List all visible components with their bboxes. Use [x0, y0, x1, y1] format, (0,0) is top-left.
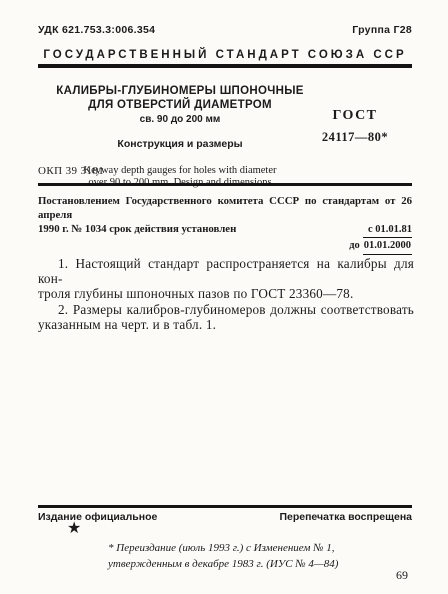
title-subtitle: Конструкция и размеры [48, 138, 312, 150]
valid-to: до01.01.2000 [349, 237, 412, 255]
paragraph-1-line-2: троля глубины шпоночных пазов по ГОСТ 23… [38, 286, 414, 301]
official-edition-label: Издание официальное [38, 511, 157, 523]
gost-designation-box: ГОСТ 24117—80* [293, 108, 417, 145]
title-ru-line2: ДЛЯ ОТВЕРСТИЙ ДИАМЕТРОМ [48, 98, 312, 112]
document-page: УДК 621.753.3:006.354 Группа Г28 ГОСУДАР… [0, 0, 448, 594]
okp-code: ОКП 39 3181 [38, 165, 104, 177]
decree-line1: Постановлением Государственного комитета… [38, 194, 412, 222]
udk-code: УДК 621.753.3:006.354 [38, 24, 155, 36]
paragraph-2-line-2: указанным на черт. и в табл. 1. [38, 317, 414, 332]
validity-dates: с 01.01.81 до01.01.2000 [349, 222, 412, 255]
footnote-line1: * Переиздание (июль 1993 г.) с Изменение… [108, 541, 364, 557]
star-icon: ★ [67, 521, 81, 537]
page-number: 69 [396, 568, 408, 583]
group-code: Группа Г28 [352, 24, 412, 36]
title-ru-line1: КАЛИБРЫ-ГЛУБИНОМЕРЫ ШПОНОЧНЫЕ [48, 84, 312, 98]
valid-to-prefix: до [349, 240, 360, 251]
gost-number: 24117—80* [293, 130, 417, 145]
header-divider-bar [38, 64, 412, 68]
section-divider-bar [38, 183, 412, 186]
footer-divider-bar [38, 505, 412, 508]
reissue-footnote: * Переиздание (июль 1993 г.) с Изменение… [108, 541, 364, 572]
valid-to-date: 01.01.2000 [363, 237, 412, 255]
reprint-forbidden-label: Перепечатка воспрещена [279, 511, 412, 523]
gost-label: ГОСТ [293, 108, 417, 124]
footnote-line2: утвержденным в декабре 1983 г. (ИУС № 4—… [108, 557, 364, 573]
valid-from: с 01.01.81 [349, 222, 412, 237]
body-text: 1. Настоящий стандарт распространяется н… [38, 256, 414, 332]
footer-row: Издание официальное Перепечатка воспреще… [38, 511, 412, 523]
paragraph-1-line-1: 1. Настоящий стандарт распространяется н… [38, 256, 414, 286]
classification-row: УДК 621.753.3:006.354 Группа Г28 [38, 24, 412, 36]
state-standard-header: ГОСУДАРСТВЕННЫЙ СТАНДАРТ СОЮЗА ССР [38, 49, 412, 61]
paragraph-2-line-1: 2. Размеры калибров-глубиномеров должны … [38, 302, 414, 317]
title-size-range: св. 90 до 200 мм [48, 114, 312, 125]
